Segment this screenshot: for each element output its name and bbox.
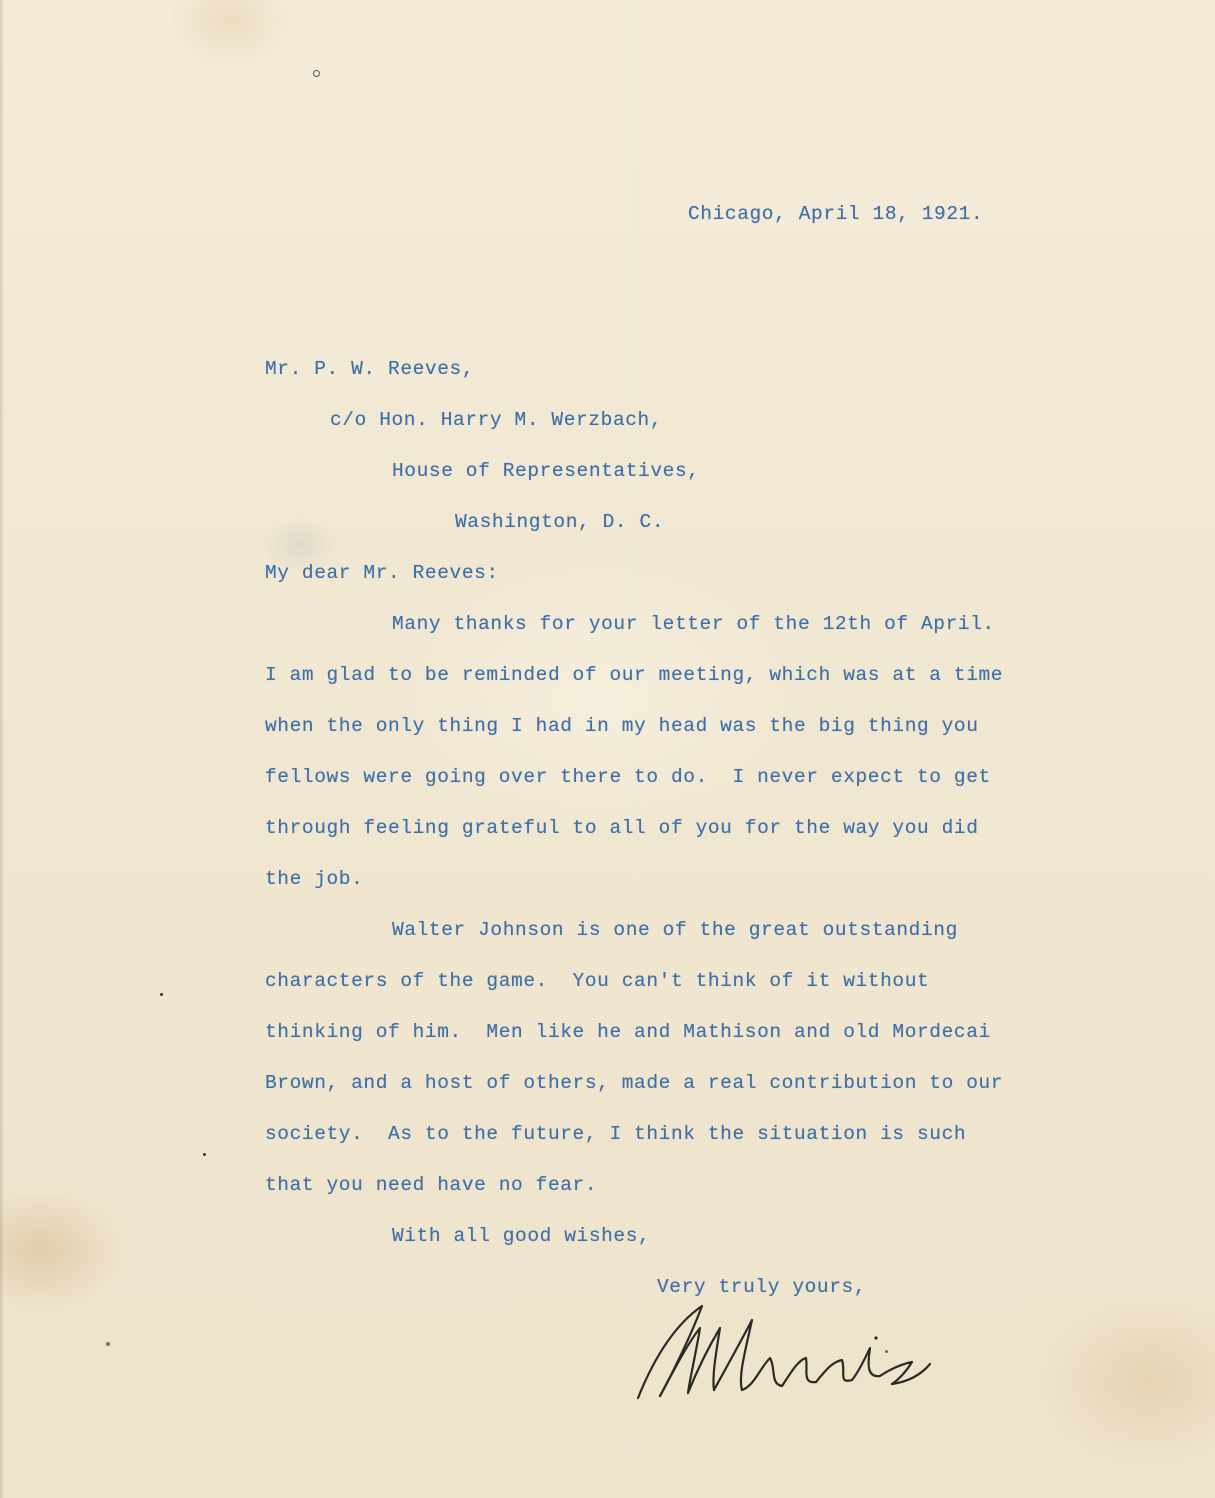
body-line: Brown, and a host of others, made a real… — [265, 1074, 1003, 1094]
horizontal-fold-crease-lower — [0, 995, 1215, 997]
body-line: Walter Johnson is one of the great outst… — [392, 921, 958, 941]
handwritten-signature — [630, 1298, 940, 1408]
body-line: through feeling grateful to all of you f… — [265, 819, 979, 839]
paper-speck — [203, 1153, 206, 1156]
paper-speck — [885, 1350, 888, 1353]
paper-speck — [106, 1342, 110, 1346]
paper-speck — [160, 993, 163, 996]
closing-wish: With all good wishes, — [392, 1227, 650, 1247]
body-line: fellows were going over there to do. I n… — [265, 768, 991, 788]
body-line: characters of the game. You can't think … — [265, 972, 929, 992]
recipient-city: Washington, D. C. — [455, 513, 664, 533]
body-line: when the only thing I had in my head was… — [265, 717, 979, 737]
signature-scrawl-icon — [630, 1298, 940, 1408]
horizontal-fold-crease-upper — [0, 498, 1215, 500]
letter-paper — [0, 0, 1215, 1498]
body-line: that you need have no fear. — [265, 1176, 597, 1196]
body-line: Many thanks for your letter of the 12th … — [392, 615, 995, 635]
paper-speck — [313, 70, 320, 77]
recipient-care-of: c/o Hon. Harry M. Werzbach, — [330, 411, 662, 431]
vertical-fold-crease — [636, 0, 638, 1498]
recipient-name: Mr. P. W. Reeves, — [265, 360, 474, 380]
complimentary-close: Very truly yours, — [657, 1278, 866, 1298]
body-line: society. As to the future, I think the s… — [265, 1125, 966, 1145]
body-line: the job. — [265, 870, 363, 890]
paper-edge-shadow — [0, 0, 4, 1498]
recipient-organization: House of Representatives, — [392, 462, 700, 482]
body-line: thinking of him. Men like he and Mathiso… — [265, 1023, 991, 1043]
dateline: Chicago, April 18, 1921. — [688, 205, 983, 225]
body-line: I am glad to be reminded of our meeting,… — [265, 666, 1003, 686]
salutation: My dear Mr. Reeves: — [265, 564, 499, 584]
